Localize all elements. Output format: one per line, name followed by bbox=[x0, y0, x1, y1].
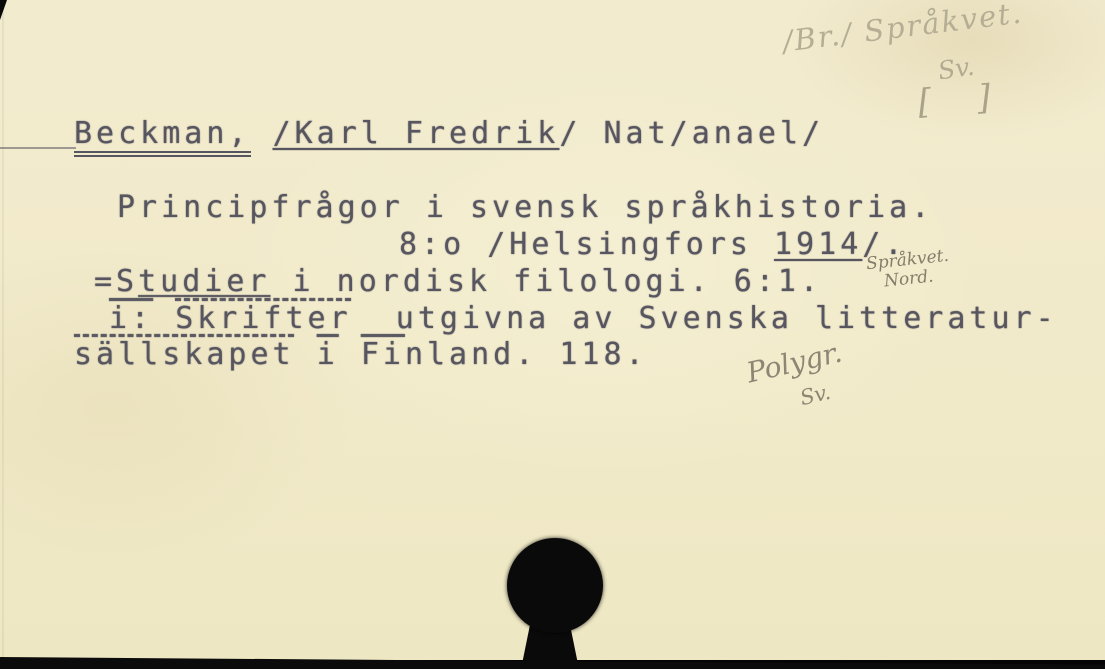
contained-in-title: Skrifter bbox=[175, 301, 352, 336]
heading-separator bbox=[251, 116, 273, 151]
bracket-close: ] bbox=[976, 78, 992, 119]
title-line: Principfrågor i svensk språkhistoria. bbox=[117, 190, 933, 225]
imprint-line: 8:o /Helsingfors 1914/. bbox=[399, 227, 906, 262]
contained-in-continuation: sällskapet i Finland. 118. bbox=[74, 337, 648, 372]
catalog-card-scan: /Br./ Språkvet. Sv. [] Beckman, /Karl Fr… bbox=[0, 0, 1105, 669]
heading-line: Beckman, /Karl Fredrik/ Nat/anael/ bbox=[74, 116, 824, 151]
contained-in-rest: utgivna av Svenska litteratur- bbox=[352, 301, 1058, 336]
heading-given-names: /Karl Fredrik bbox=[273, 116, 560, 151]
series-rest: i nordisk filologi. 6:1. bbox=[271, 264, 823, 299]
series-prefix: =S bbox=[94, 264, 138, 299]
heading-lead-rule bbox=[0, 147, 76, 149]
cont-word-finland-head: Fi bbox=[361, 337, 405, 372]
heading-surname: Beckman, bbox=[74, 116, 251, 157]
pencil-brackets: [] bbox=[917, 78, 992, 123]
contained-in-line: i: Skrifter utgivna av Svenska litteratu… bbox=[109, 301, 1058, 336]
bracket-gap bbox=[932, 109, 978, 112]
punch-hole bbox=[507, 538, 603, 633]
cont-word-finland-tail: nland. bbox=[405, 337, 537, 372]
contained-in-label: i: bbox=[109, 301, 153, 336]
card-left-crease bbox=[2, 0, 4, 660]
bracket-open: [ bbox=[917, 82, 933, 123]
cont-series-number: 118. bbox=[537, 337, 647, 372]
cont-word-i: i bbox=[317, 337, 339, 372]
cont-space-1 bbox=[295, 337, 317, 372]
cont-space-2 bbox=[339, 337, 361, 372]
series-line: =Studier i nordisk filologi. 6:1. bbox=[94, 264, 822, 299]
contained-in-space bbox=[153, 301, 175, 336]
heading-given-close: / bbox=[559, 116, 581, 151]
imprint-prefix: 8:o /Helsingfors bbox=[399, 227, 774, 262]
cont-word-sallskapet: sällskapet bbox=[74, 337, 295, 372]
imprint-year: 1914 bbox=[774, 227, 862, 262]
series-title-underlined: tudier bbox=[138, 264, 270, 299]
heading-forename: Nat/anael/ bbox=[581, 116, 824, 151]
